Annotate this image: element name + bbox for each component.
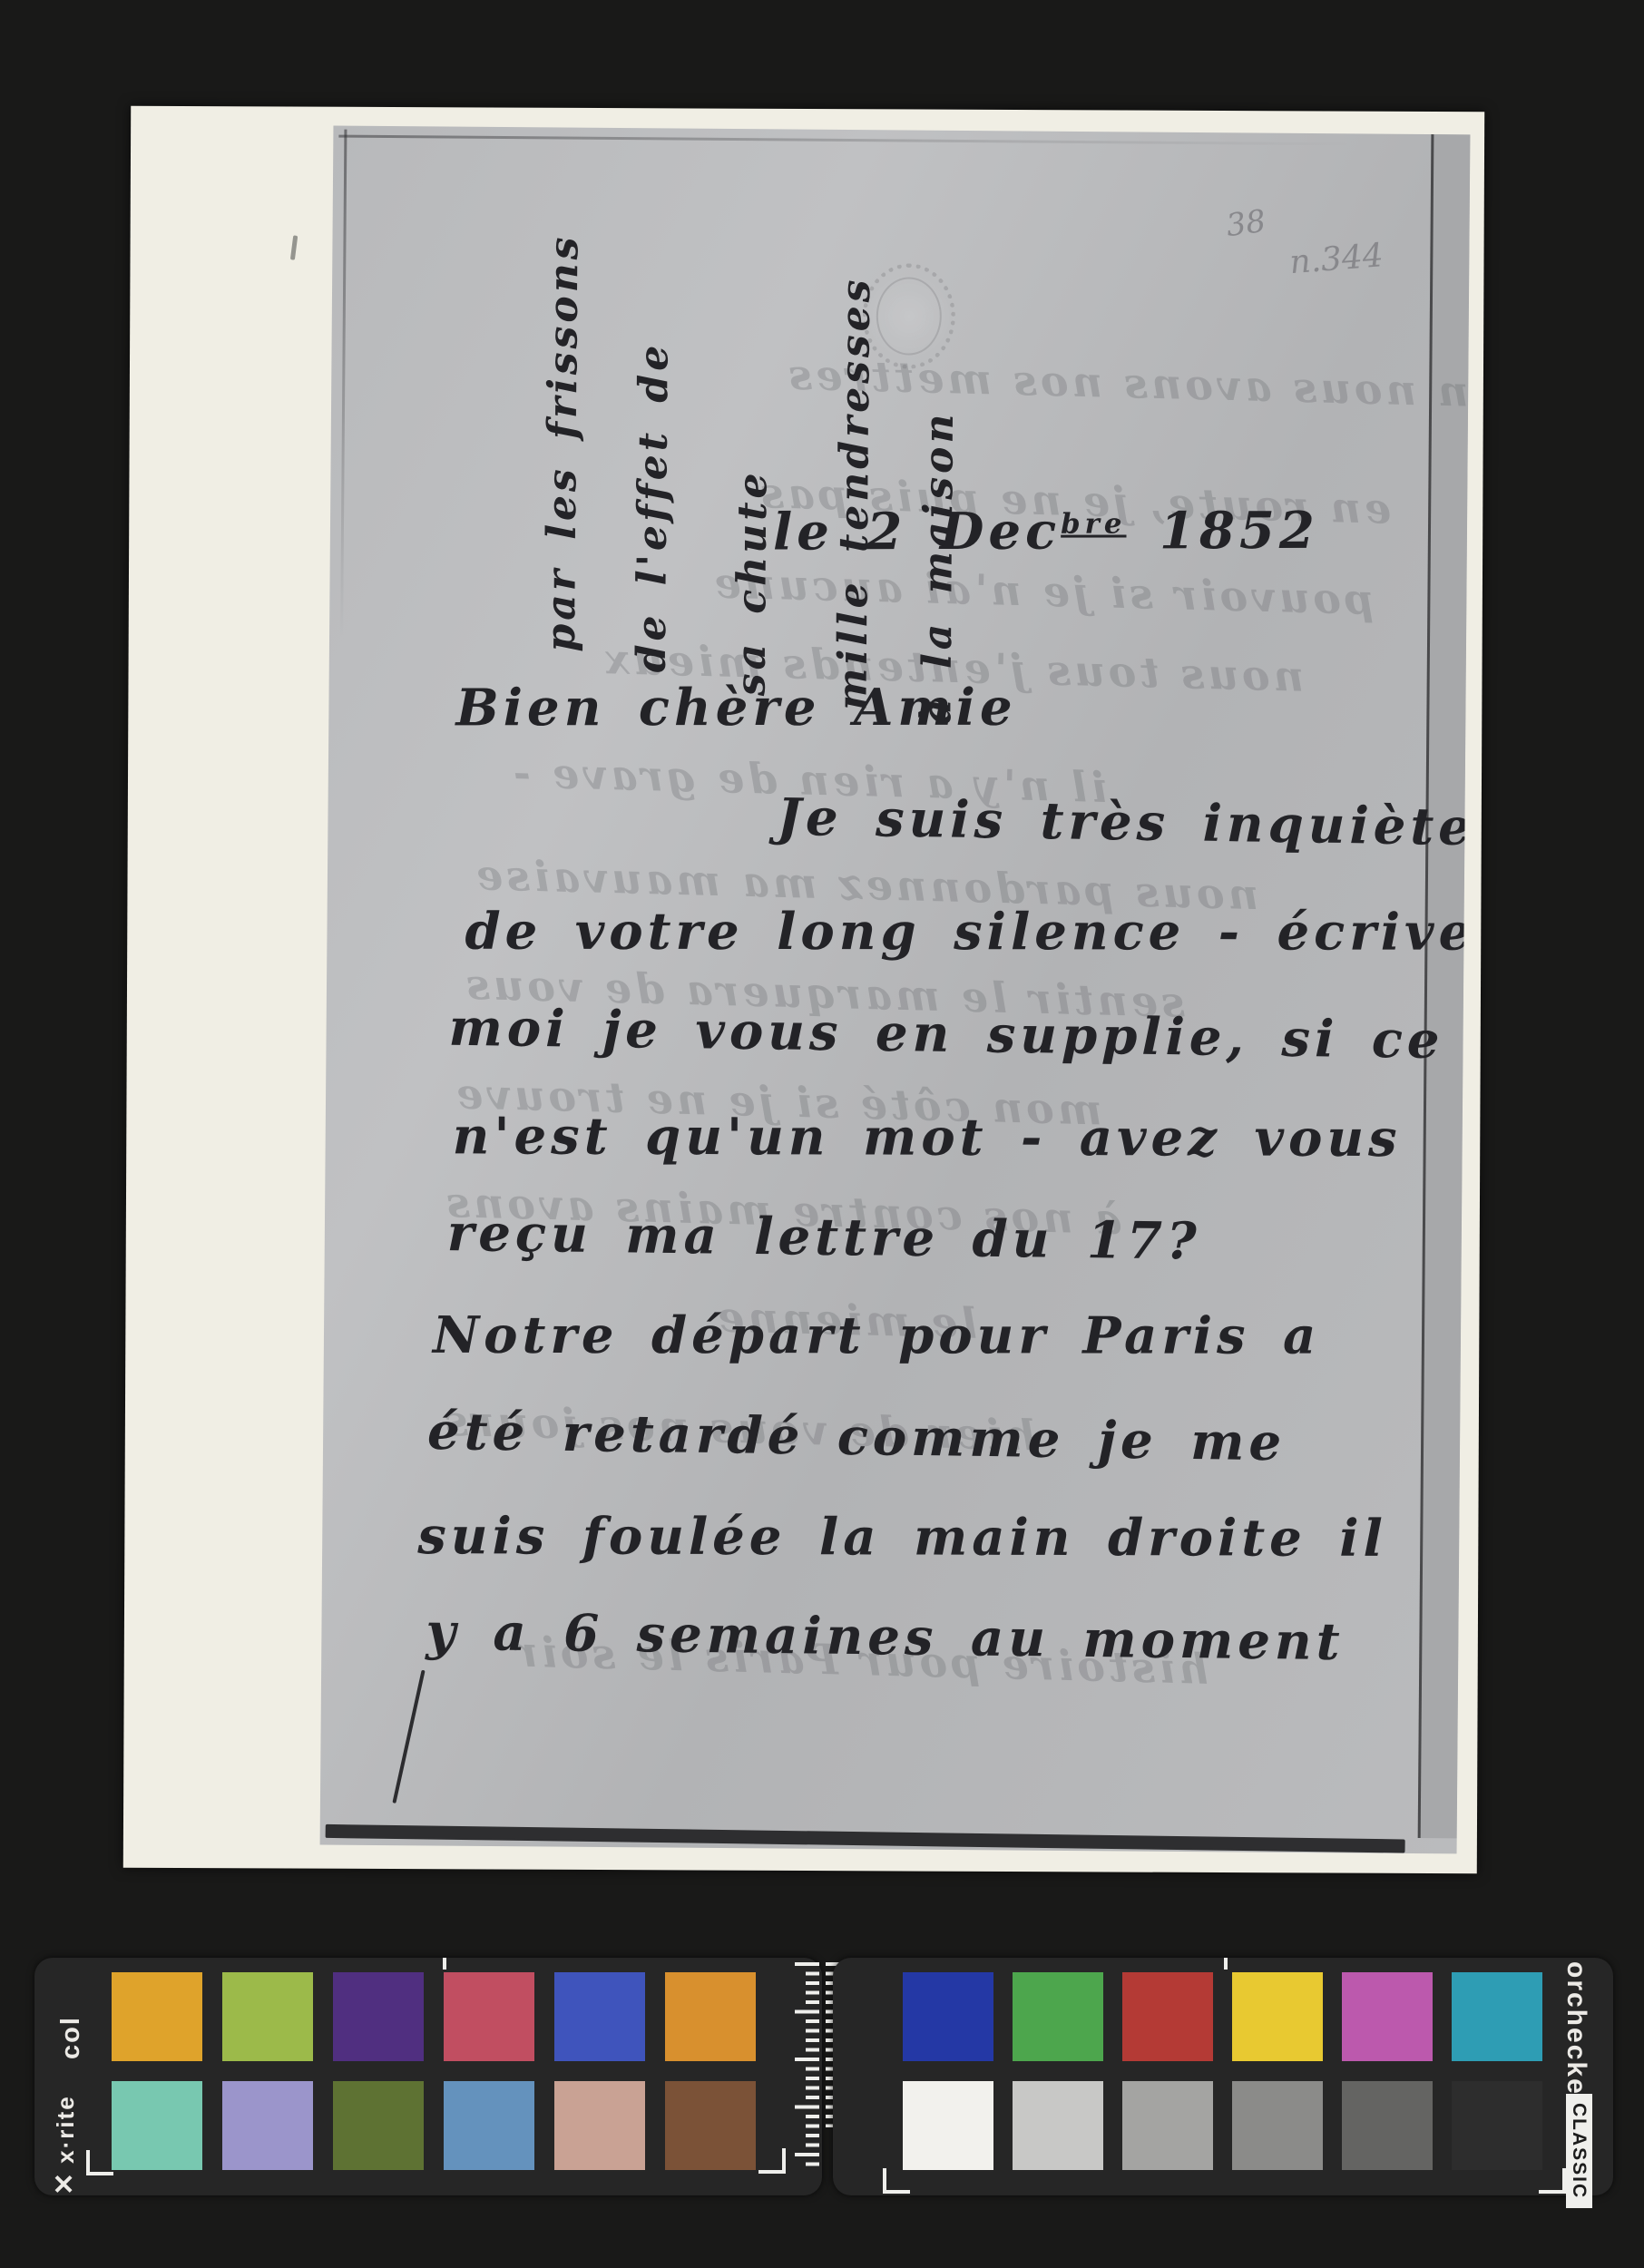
letter-salutation: Bien chère Amie (455, 678, 1016, 738)
color-patch (1013, 2081, 1103, 2170)
color-patch (665, 1972, 756, 2061)
mm-ruler (795, 1962, 819, 2169)
embossed-seal-ring (876, 277, 942, 356)
color-patch (1452, 1972, 1542, 2061)
date-superscript: bre (1061, 508, 1126, 541)
color-patch (112, 1972, 202, 2061)
color-patch (1013, 1972, 1103, 2061)
page-edge (338, 135, 1355, 146)
corner-mark (883, 2168, 910, 2194)
color-patch (222, 1972, 313, 2061)
color-patch (1232, 1972, 1323, 2061)
color-patch (444, 1972, 534, 2061)
letter-body-line: reçu ma lettre du 17? (447, 1203, 1202, 1271)
scan-background: on nous avons nos mettres en route, je n… (0, 0, 1644, 2268)
colorchecker-name-text: orchecker (1561, 1961, 1591, 2107)
color-patch (554, 2081, 645, 2170)
color-patch (1122, 1972, 1213, 2061)
xrite-brand: ✕x·rite (49, 2095, 81, 2195)
letter-body-line: suis foulée la main droite il (417, 1506, 1387, 1569)
page-shadow (326, 1824, 1405, 1853)
color-patch (903, 2081, 993, 2170)
pencil-annotation: n.344 (1288, 237, 1385, 281)
classic-edition-label: CLASSIC (1566, 2094, 1592, 2208)
photo-print: on nous avons nos mettres en route, je n… (123, 106, 1484, 1873)
xrite-logo-icon: ✕ (49, 2171, 81, 2195)
color-patch (112, 2081, 202, 2170)
registration-tick (443, 1958, 446, 1970)
color-patch (333, 2081, 424, 2170)
date-prefix: le 2 Dec (773, 502, 1061, 562)
xrite-brand-label: x·rite (52, 2095, 79, 2164)
corner-mark (1539, 2168, 1566, 2194)
pen-stroke (392, 1670, 425, 1804)
margin-cross-writing: de l'effet de (629, 342, 678, 673)
color-patch (1452, 2081, 1542, 2170)
registration-tick (1224, 1958, 1228, 1970)
letter-body-line: y a 6 semaines au moment (426, 1602, 1345, 1672)
color-patch (1342, 1972, 1433, 2061)
color-patch (554, 1972, 645, 2061)
corner-mark (86, 2150, 113, 2175)
margin-cross-writing: par les frissons (538, 233, 588, 651)
colorchecker-left-panel: col ✕x·rite (34, 1958, 822, 2195)
ghost-bleedthrough-line: pouvoir si je n'ai aucune (710, 558, 1375, 623)
letter-photo: on nous avons nos mettres en route, je n… (320, 126, 1471, 1854)
letter-body-line: Notre départ pour Paris a (433, 1305, 1320, 1366)
colorchecker-brand-text: col (56, 2016, 86, 2059)
color-patch (903, 1972, 993, 2061)
color-patch (665, 2081, 756, 2170)
colorchecker-right-panel: orchecker CLASSIC (833, 1958, 1613, 2195)
letter-body-line: moi je vous en supplie, si ce (448, 998, 1444, 1070)
date-year: 1852 (1160, 501, 1319, 561)
margin-cross-writing: sa chute (729, 469, 777, 696)
color-patch (1342, 2081, 1433, 2170)
pencil-annotation: 38 (1224, 203, 1267, 244)
corner-mark (758, 2148, 786, 2174)
letter-body-line: n'est qu'un mot - avez vous (453, 1106, 1402, 1168)
color-patch (444, 2081, 534, 2170)
letter-date: le 2 Decbre 1852 (773, 501, 1319, 562)
stray-mark (290, 235, 298, 259)
color-patch (1232, 2081, 1323, 2170)
margin-cross-writing: mille tendresses (829, 276, 879, 710)
ghost-bleedthrough-line: on nous avons nos mettres (785, 350, 1471, 417)
color-patch (1122, 2081, 1213, 2170)
letter-body-line: Je suis très inquiète (777, 787, 1470, 857)
letter-body-line: de votre long silence - écrivez (465, 902, 1470, 963)
classic-edition-badge: CLASSIC (1568, 2094, 1590, 2208)
page-edge (340, 130, 347, 638)
letter-body-line: été retardé comme je me (427, 1402, 1287, 1472)
color-patch (333, 1972, 424, 2061)
color-patch (222, 2081, 313, 2170)
